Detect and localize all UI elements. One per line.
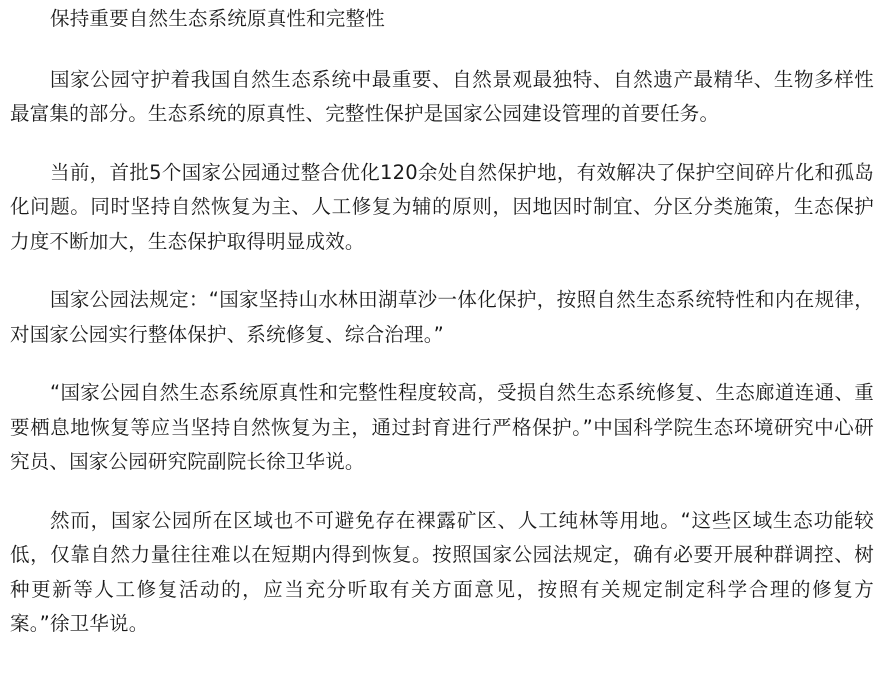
paragraph-2: 当前，首批5个国家公园通过整合优化120余处自然保护地，有效解决了保护空间碎片化…: [10, 156, 874, 260]
article-body: 保持重要自然生态系统原真性和完整性 国家公园守护着我国自然生态系统中最重要、自然…: [0, 2, 888, 642]
paragraph-1: 国家公园守护着我国自然生态系统中最重要、自然景观最独特、自然遗产最精华、生物多样…: [10, 63, 874, 132]
paragraph-3: 国家公园法规定：“国家坚持山水林田湖草沙一体化保护，按照自然生态系统特性和内在规…: [10, 283, 874, 352]
paragraph-5: 然而，国家公园所在区域也不可避免存在裸露矿区、人工纯林等用地。“这些区域生态功能…: [10, 504, 874, 642]
section-heading: 保持重要自然生态系统原真性和完整性: [10, 2, 874, 37]
paragraph-4: “国家公园自然生态系统原真性和完整性程度较高，受损自然生态系统修复、生态廊道连通…: [10, 376, 874, 480]
